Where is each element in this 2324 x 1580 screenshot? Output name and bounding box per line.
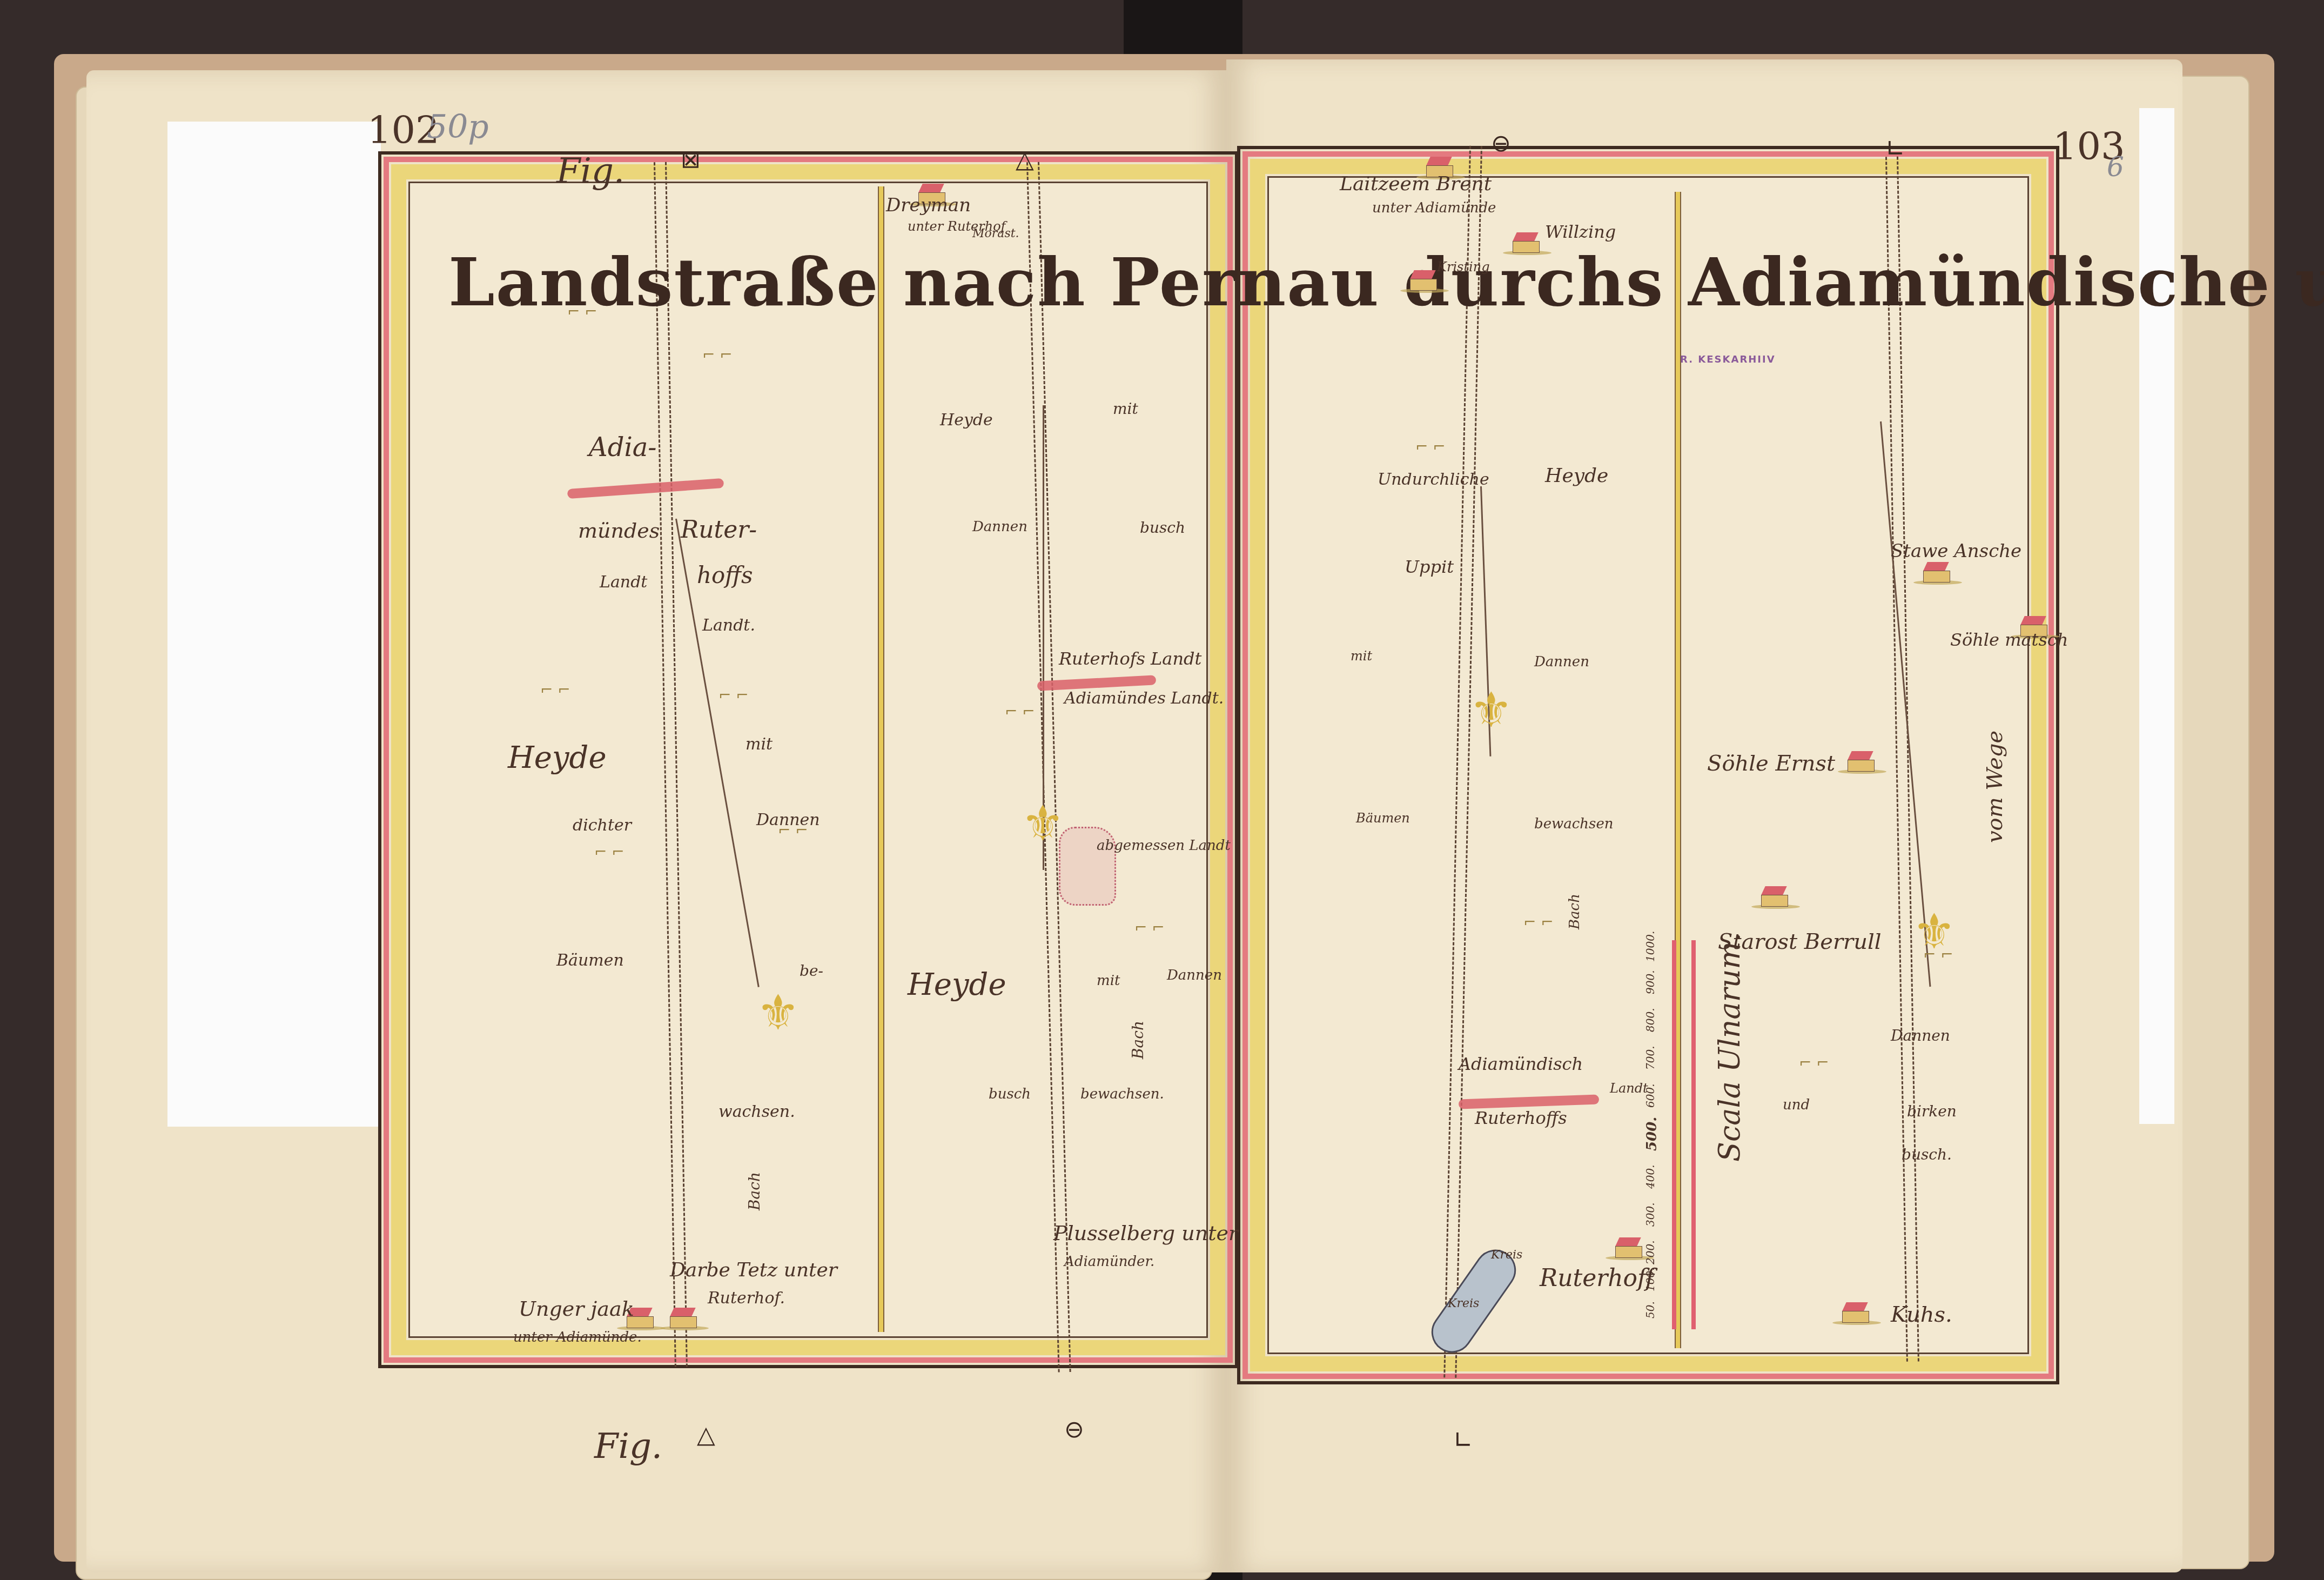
label-uppit: Uppit [1405,557,1454,577]
house-icon [1410,270,1440,292]
label-laitzeem-brent: Laitzeem Brent [1340,173,1492,195]
fig-label-top: Fig. [556,151,624,191]
label-unter-adiamuende: unter Adiamünde [1372,200,1496,216]
label-soehle-ernst: Söhle Ernst [1707,751,1835,776]
scale-bar: 50. 100. 200. 300. 400. 500. 600. 700. 8… [1672,940,1696,1329]
marsh-symbol-icon: ⌐ ⌐ [1134,919,1165,936]
scale-tick: 400. [1644,1162,1657,1189]
label-be: be- [800,962,823,980]
marsh-symbol-icon: ⌐ ⌐ [702,346,733,364]
label-heyde: Heyde [940,411,993,430]
label-busch-2: busch [989,1086,1031,1102]
house-icon [1923,562,1953,584]
label-baeumen: Bäumen [1356,811,1410,826]
triangle-symbol-icon: △ [1016,146,1034,173]
label-kreis: Kreis [1448,1297,1479,1310]
label-abgemessen-landt: abgemessen Landt [1097,838,1231,854]
scale-tick: 800. [1644,1005,1657,1032]
house-icon [1848,751,1878,773]
label-willzing: Willzing [1545,222,1616,242]
fleur-de-lis-icon: ⚜ [1469,686,1513,735]
archive-stamp: R. KESKARHIIV [1680,354,1776,365]
map-title: Landstraße nach Pernau durchs Adiamündis… [448,243,2324,321]
circle-cross-symbol-bottom-icon: ⊖ [1064,1416,1084,1443]
marsh-symbol-icon: ⌐ ⌐ [1523,913,1554,931]
l-mark-symbol-bottom-icon: ∟ [1453,1427,1473,1454]
label-adia: Adia- [589,432,657,463]
label-mit: mit [1351,648,1372,664]
scale-tick: 300. [1644,1200,1657,1227]
label-landt: Landt [600,573,647,592]
label-kuhs: Kuhs. [1891,1302,1952,1327]
label-dannen-2: Dannen [1167,967,1222,983]
column-divider-1 [878,186,884,1332]
house-icon [1615,1237,1645,1259]
marsh-symbol-icon: ⌐ ⌐ [718,686,749,704]
label-landt: Landt [1610,1081,1648,1096]
fleur-de-lis-icon: ⚜ [1021,800,1065,848]
label-bewachsen: bewachsen. [1080,1086,1164,1102]
label-hoffs: hoffs [697,562,753,588]
label-wachsen: wachsen. [718,1102,795,1121]
label-mit: mit [1113,400,1138,418]
house-icon [1761,886,1791,908]
house-icon [670,1308,700,1329]
l-mark-symbol-icon: ∟ [1885,135,1905,163]
map-frame-right [1237,146,2059,1384]
label-heyde: Heyde [508,740,607,775]
marsh-symbol-icon: ⌐ ⌐ [1923,946,1953,963]
square-diagonal-symbol-icon: ⊠ [681,146,701,173]
label-morast: Morast. [972,227,1019,240]
fleur-de-lis-icon: ⚜ [756,989,800,1037]
label-adiamuendisch: Adiamündisch [1459,1054,1583,1074]
label-adiamuendes-landt: Adiamündes Landt. [1064,689,1224,708]
label-ruterhofs-landt: Ruterhofs Landt [1059,648,1201,669]
label-dannen: Dannen [756,811,820,829]
scale-tick: 200. [1644,1237,1657,1264]
scale-tick: 50. [1644,1291,1657,1318]
label-dannen: Dannen [1534,654,1589,670]
scale-tick: 700. [1644,1043,1657,1070]
scale-tick: 1000. [1644,935,1657,962]
label-dichter: dichter [573,816,632,835]
label-starost-berrull: Starost Berrull [1718,929,1882,954]
marsh-symbol-icon: ⌐ ⌐ [567,303,597,320]
label-heyde: Heyde [1545,465,1608,487]
label-kristing: Kristing [1437,259,1490,275]
label-unger-jaak: Unger jaak [519,1297,634,1321]
white-insert-left [167,122,381,1127]
label-vom-wege: vom Wege [1983,731,2007,843]
scale-tick: 600. [1644,1081,1657,1108]
fig-label-bottom: Fig. [594,1427,662,1467]
marsh-symbol-icon: ⌐ ⌐ [1799,1054,1829,1072]
label-dannen: Dannen [1891,1027,1950,1045]
label-kreis: Kreis [1491,1248,1522,1262]
label-ruterhof: Ruterhof. [708,1289,785,1308]
label-ruter: Ruter- [681,516,757,544]
label-bewachsen: bewachsen [1534,816,1614,832]
label-bach: Bach [1129,1021,1147,1059]
label-busch: busch. [1902,1146,1952,1163]
label-bach: Bach [1567,894,1583,929]
circle-cross-symbol-icon: ⊖ [1491,130,1511,157]
label-unter-adiamuende: unter Adiamünde. [513,1329,642,1345]
label-dreyman: Dreyman [886,195,971,216]
label-landt: Landt. [702,616,755,635]
label-muendes: mündes [578,519,660,543]
scale-tick: 900. [1644,967,1657,994]
label-undurchliche: Undurchliche [1378,470,1489,489]
label-bach: Bach [745,1172,763,1210]
label-mit: mit [745,735,773,754]
marsh-symbol-icon: ⌐ ⌐ [594,843,624,861]
map-frame-left [378,151,1238,1368]
label-dannen: Dannen [972,519,1027,535]
scale-tick: 100. [1644,1264,1657,1291]
label-ruterhoffs: Ruterhoffs [1475,1108,1567,1128]
label-stawe-ansche: Stawe Ansche [1891,540,2021,562]
label-ruterhoff: Ruterhoff [1540,1264,1654,1292]
pencil-note-right: 6 [2107,151,2124,183]
marsh-symbol-icon: ⌐ ⌐ [540,681,570,699]
label-darbe-tetz: Darbe Tetz unter [670,1259,837,1281]
scale-title: Scala Ulnarum. [1712,932,1747,1162]
label-plusselberg: Plusselberg unter [1053,1221,1238,1245]
label-und: und [1783,1097,1810,1113]
house-icon [1842,1302,1872,1324]
triangle-symbol-bottom-icon: △ [697,1421,715,1449]
label-heyde-2: Heyde [908,967,1006,1002]
scale-tick: 500. [1644,1124,1660,1151]
label-adiamuender: Adiamünder. [1064,1254,1154,1270]
pencil-note-left: 50p [427,108,489,146]
label-birken: birken [1907,1102,1957,1120]
label-baeumen: Bäumen [556,951,624,970]
label-busch: busch [1140,519,1185,537]
house-icon [1513,232,1543,254]
label-soehle-matsch: Söhle matsch [1950,630,2068,650]
label-mit-2: mit [1097,973,1120,989]
marsh-symbol-icon: ⌐ ⌐ [1415,438,1446,456]
marsh-symbol-icon: ⌐ ⌐ [1005,702,1035,720]
